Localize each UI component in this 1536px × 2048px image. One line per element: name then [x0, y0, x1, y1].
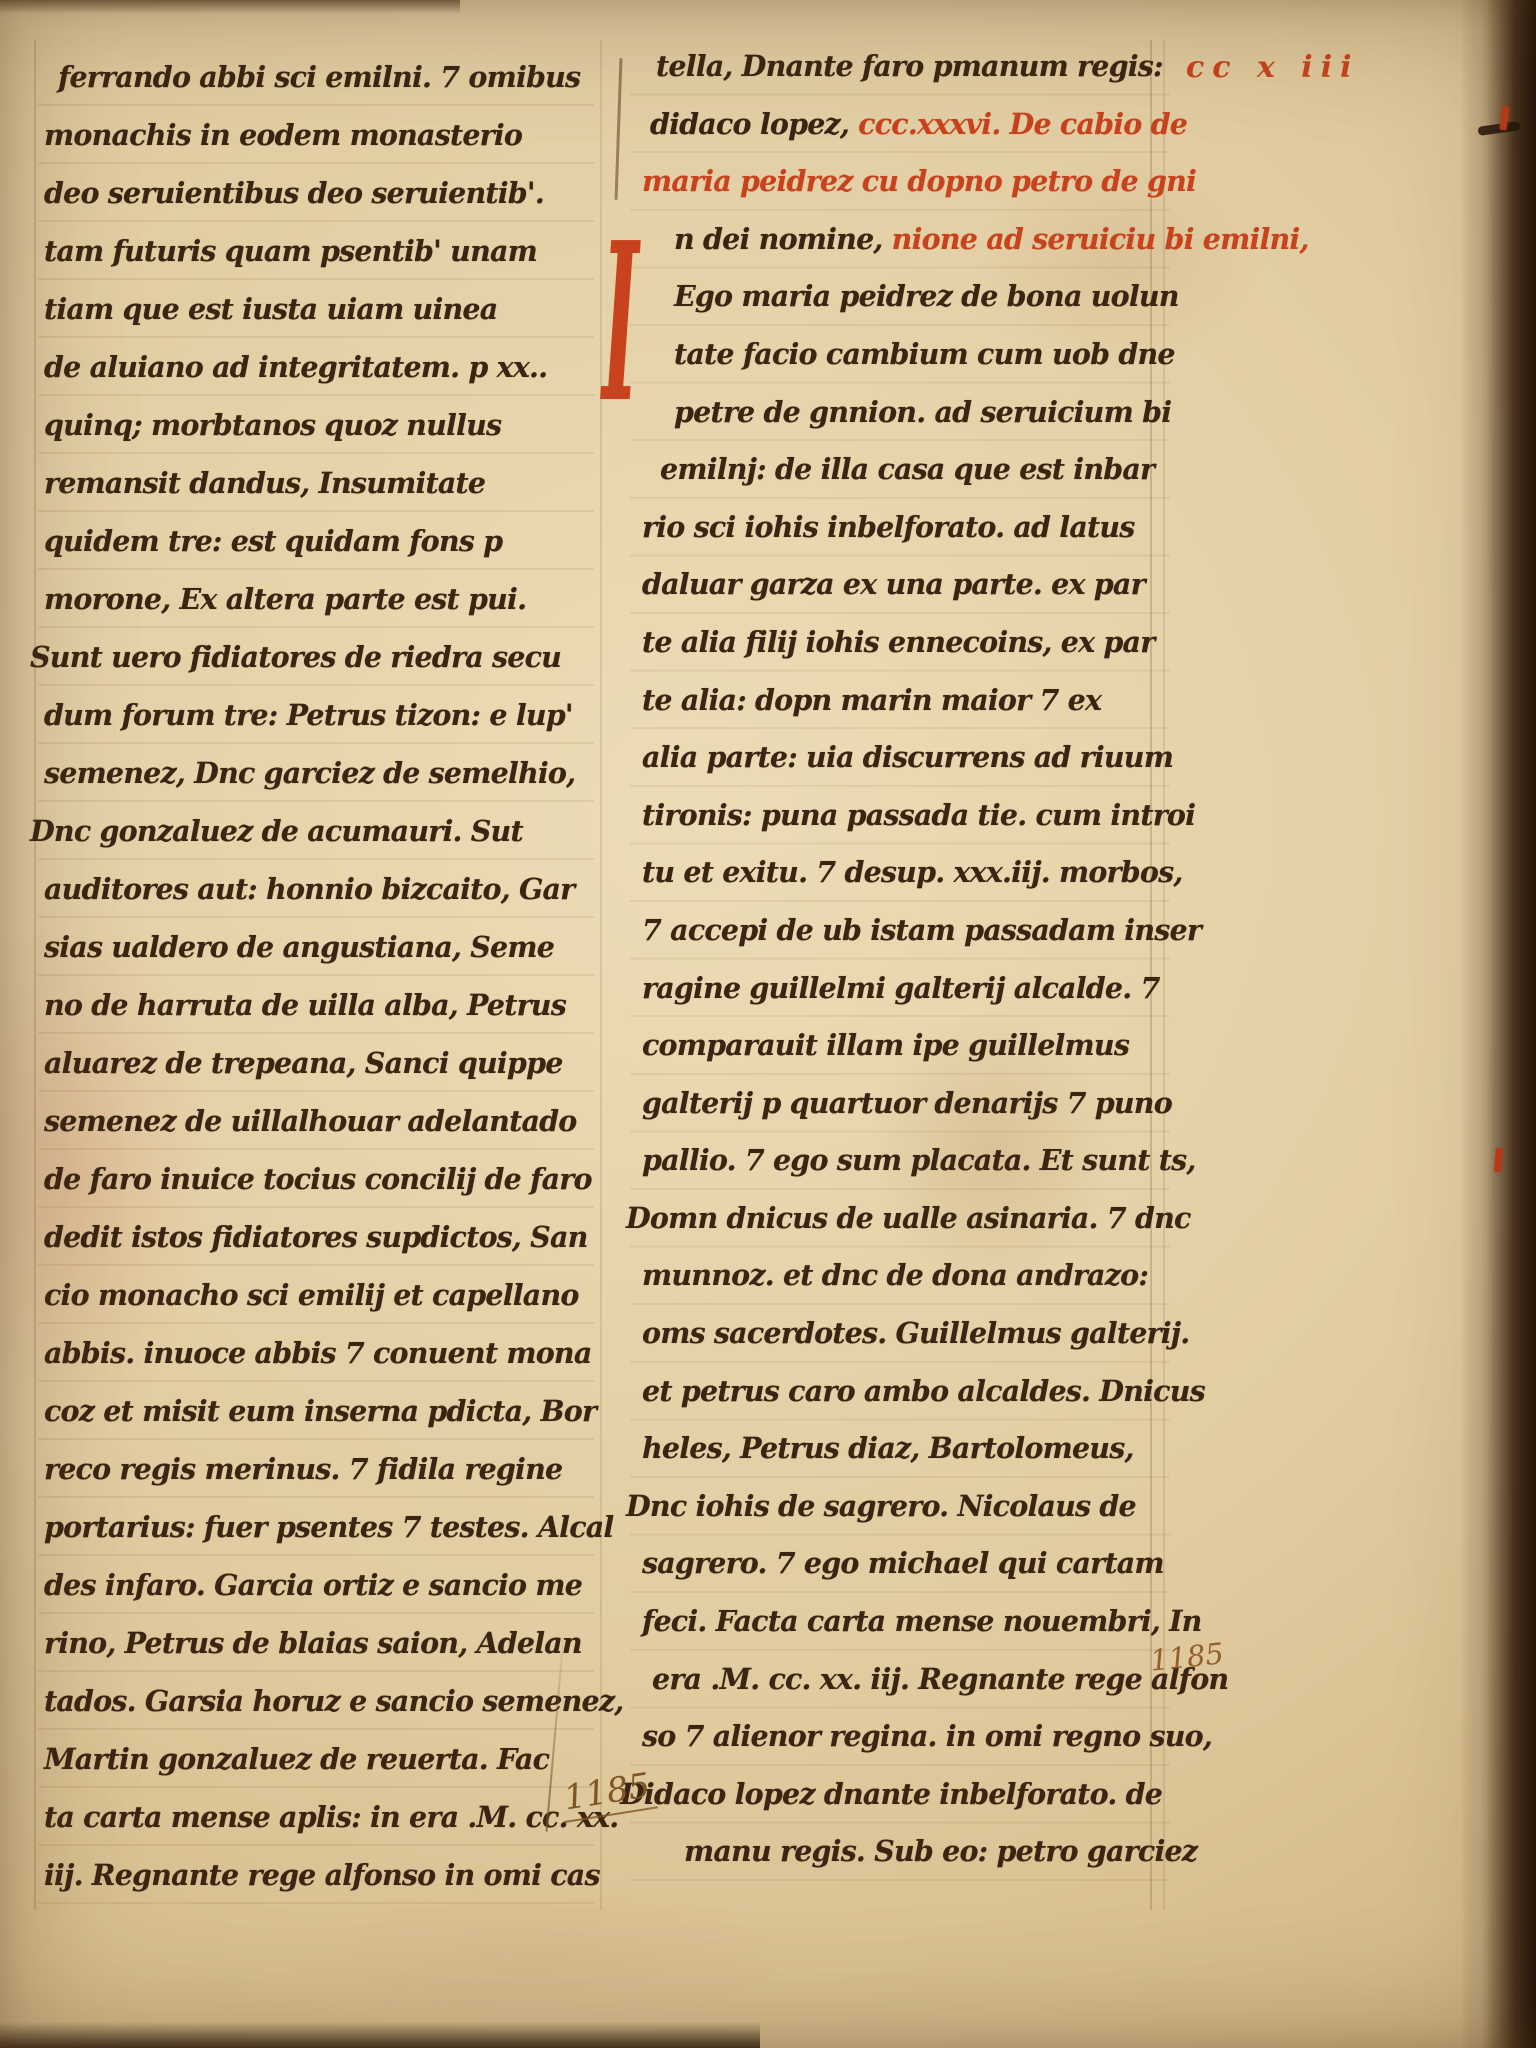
ink-text: tu et exitu. 7 desup. xxx.iij. morbos,: [642, 855, 1182, 889]
ink-text: quinq; morbtanos quoz nullus: [44, 408, 501, 442]
manuscript-line: manu regis. Sub eo: petro garciez: [684, 1823, 1182, 1881]
ink-text: te alia: dopn marin maior 7 ex: [642, 683, 1101, 717]
rubric-text: nione ad seruiciu bi emilni,: [892, 222, 1309, 256]
ink-text: Sunt uero fidiatores de riedra secu: [30, 640, 561, 674]
drop-cap-initial: I: [602, 214, 639, 432]
manuscript-line: Dnc gonzaluez de acumauri. Sut: [30, 802, 596, 860]
manuscript-line: semenez, Dnc garciez de semelhio,: [44, 744, 596, 802]
manuscript-line: coz et misit eum inserna pdicta, Bor: [44, 1382, 596, 1440]
manuscript-line: Dnc iohis de sagrero. Nicolaus de: [626, 1478, 1182, 1536]
edge-slit-mark: [1478, 121, 1521, 136]
manuscript-line: dedit istos fidiatores supdictos, San: [44, 1208, 596, 1266]
manuscript-line: Sunt uero fidiatores de riedra secu: [30, 628, 596, 686]
ink-text: quidem tre: est quidam fons p: [44, 524, 502, 558]
manuscript-line: de faro inuice tocius concilij de faro: [44, 1150, 596, 1208]
red-edge-tab-bottom: [1494, 1148, 1503, 1173]
page-edge-top: [0, 0, 460, 14]
ink-text: Didaco lopez dnante inbelforato. de: [620, 1777, 1162, 1811]
rubric-text: maria peidrez cu dopno petro de gni: [642, 164, 1196, 198]
ink-text: sias ualdero de angustiana, Seme: [44, 930, 554, 964]
ink-text: ragine guillelmi galterij alcalde. 7: [642, 971, 1159, 1005]
manuscript-line: pallio. 7 ego sum placata. Et sunt ts,: [642, 1132, 1182, 1190]
manuscript-line: sagrero. 7 ego michael qui cartam: [642, 1535, 1182, 1593]
manuscript-line: rino, Petrus de blaias saion, Adelan: [44, 1614, 596, 1672]
ink-text: aluarez de trepeana, Sanci quippe: [44, 1046, 563, 1080]
ink-text: 7 accepi de ub istam passadam inser: [642, 913, 1201, 947]
ink-text: Martin gonzaluez de reuerta. Fac: [44, 1742, 549, 1776]
ink-text: semenez de uillalhouar adelantado: [44, 1104, 576, 1138]
manuscript-line: alia parte: uia discurrens ad riuum: [642, 729, 1182, 787]
ink-text: galterij p quartuor denarijs 7 puno: [642, 1086, 1172, 1120]
manuscript-line: ferrando abbi sci emilni. 7 omibus: [58, 48, 596, 106]
ink-text: no de harruta de uilla alba, Petrus: [44, 988, 566, 1022]
manuscript-line: daluar garza ex una parte. ex par: [642, 556, 1182, 614]
ink-text: de aluiano ad integritatem. p xx..: [44, 350, 547, 384]
book-edge-right: [1460, 0, 1536, 2048]
ink-text: tate facio cambium cum uob dne: [674, 337, 1175, 371]
ink-text: Domn dnicus de ualle asinaria. 7 dnc: [626, 1201, 1191, 1235]
manuscript-line: te alia filij iohis ennecoins, ex par: [642, 614, 1182, 672]
manuscript-line: rio sci iohis inbelforato. ad latus: [642, 499, 1182, 557]
ink-text: portarius: fuer psentes 7 testes. Alcal: [44, 1510, 613, 1544]
ink-text: munnoz. et dnc de dona andrazo:: [642, 1258, 1148, 1292]
ink-text: emilnj: de illa casa que est inbar: [660, 452, 1154, 486]
manuscript-line: comparauit illam ipe guillelmus: [642, 1017, 1182, 1075]
ink-text: dedit istos fidiatores supdictos, San: [44, 1220, 588, 1254]
ink-text: so 7 alienor regina. in omi regno suo,: [642, 1719, 1212, 1753]
ink-text: manu regis. Sub eo: petro garciez: [684, 1834, 1197, 1868]
ink-text: feci. Facta carta mense nouembri, In: [642, 1604, 1202, 1638]
manuscript-line: era .M. cc. xx. iij. Regnante rege alfon: [652, 1651, 1182, 1709]
manuscript-line: deo seruientibus deo seruientib'.: [44, 164, 596, 222]
ink-text: Dnc gonzaluez de acumauri. Sut: [30, 814, 523, 848]
manuscript-line: et petrus caro ambo alcaldes. Dnicus: [642, 1363, 1182, 1421]
ink-text: daluar garza ex una parte. ex par: [642, 567, 1145, 601]
red-edge-tab-top: [1499, 106, 1509, 131]
manuscript-line: tate facio cambium cum uob dne: [674, 326, 1182, 384]
ink-text: sagrero. 7 ego michael qui cartam: [642, 1546, 1164, 1580]
manuscript-line: tados. Garsia horuz e sancio semenez,: [44, 1672, 596, 1730]
ink-text: oms sacerdotes. Guillelmus galterij.: [642, 1316, 1189, 1350]
manuscript-line: tironis: puna passada tie. cum introi: [642, 787, 1182, 845]
folio-number: cc x iii: [1186, 50, 1360, 85]
ink-text: auditores aut: honnio bizcaito, Gar: [44, 872, 574, 906]
ink-text: tella, Dnante faro pmanum regis:: [656, 49, 1163, 83]
ink-text: Ego maria peidrez de bona uolun: [674, 279, 1179, 313]
manuscript-line: 7 accepi de ub istam passadam inser: [642, 902, 1182, 960]
ink-text: rio sci iohis inbelforato. ad latus: [642, 510, 1135, 544]
manuscript-line: galterij p quartuor denarijs 7 puno: [642, 1075, 1182, 1133]
manuscript-line: tam futuris quam psentib' unam: [44, 222, 596, 280]
manuscript-line: remansit dandus, Insumitate: [44, 454, 596, 512]
manuscript-line: Domn dnicus de ualle asinaria. 7 dnc: [626, 1190, 1182, 1248]
ink-text: era .M. cc. xx. iij. Regnante rege alfon: [652, 1662, 1228, 1696]
manuscript-line: tu et exitu. 7 desup. xxx.iij. morbos,: [642, 844, 1182, 902]
ink-text: ferrando abbi sci emilni. 7 omibus: [58, 60, 580, 94]
manuscript-line: aluarez de trepeana, Sanci quippe: [44, 1034, 596, 1092]
ink-text: tironis: puna passada tie. cum introi: [642, 798, 1195, 832]
ink-text: comparauit illam ipe guillelmus: [642, 1028, 1129, 1062]
ink-text: coz et misit eum inserna pdicta, Bor: [44, 1394, 596, 1428]
margin-rule-left: [34, 40, 36, 1910]
manuscript-line: munnoz. et dnc de dona andrazo:: [642, 1247, 1182, 1305]
ink-text: pallio. 7 ego sum placata. Et sunt ts,: [642, 1143, 1195, 1177]
manuscript-line: quidem tre: est quidam fons p: [44, 512, 596, 570]
page-fore-edge: [1470, 0, 1492, 2048]
ink-text: morone, Ex altera parte est pui.: [44, 582, 526, 616]
manuscript-line: feci. Facta carta mense nouembri, In: [642, 1593, 1182, 1651]
manuscript-line: Martin gonzaluez de reuerta. Fac: [44, 1730, 596, 1788]
manuscript-line: ragine guillelmi galterij alcalde. 7: [642, 960, 1182, 1018]
manuscript-page: cc x iii ferrando abbi sci emilni. 7 omi…: [0, 0, 1536, 2048]
ink-text: cio monacho sci emilij et capellano: [44, 1278, 579, 1312]
manuscript-line: emilnj: de illa casa que est inbar: [660, 441, 1182, 499]
manuscript-line: heles, Petrus diaz, Bartolomeus,: [642, 1420, 1182, 1478]
ink-text: monachis in eodem monasterio: [44, 118, 522, 152]
ink-text: reco regis merinus. 7 fidila regine: [44, 1452, 562, 1486]
manuscript-line: so 7 alienor regina. in omi regno suo,: [642, 1708, 1182, 1766]
manuscript-line: quinq; morbtanos quoz nullus: [44, 396, 596, 454]
manuscript-line: oms sacerdotes. Guillelmus galterij.: [642, 1305, 1182, 1363]
manuscript-line: reco regis merinus. 7 fidila regine: [44, 1440, 596, 1498]
manuscript-line: monachis in eodem monasterio: [44, 106, 596, 164]
manuscript-line: abbis. inuoce abbis 7 conuent mona: [44, 1324, 596, 1382]
ink-text: te alia filij iohis ennecoins, ex par: [642, 625, 1154, 659]
manuscript-line: petre de gnnion. ad seruicium bi: [674, 384, 1182, 442]
ink-text: deo seruientibus deo seruientib'.: [44, 176, 544, 210]
manuscript-line: didaco lopez, ccc.xxxvi. De cabio de: [650, 96, 1182, 154]
manuscript-line: ta carta mense aplis: in era .M. cc. xx.: [44, 1788, 596, 1846]
manuscript-line: n dei nomine, nione ad seruiciu bi emiln…: [674, 211, 1182, 269]
ink-text: didaco lopez,: [650, 107, 858, 141]
manuscript-line: tella, Dnante faro pmanum regis:: [656, 38, 1182, 96]
ink-text: tiam que est iusta uiam uinea: [44, 292, 497, 326]
ink-text: rino, Petrus de blaias saion, Adelan: [44, 1626, 582, 1660]
manuscript-line: morone, Ex altera parte est pui.: [44, 570, 596, 628]
text-column-right: tella, Dnante faro pmanum regis:didaco l…: [642, 38, 1182, 1881]
manuscript-line: iij. Regnante rege alfonso in omi cas: [44, 1846, 596, 1904]
ink-text: tados. Garsia horuz e sancio semenez,: [44, 1684, 623, 1718]
ink-text: Dnc iohis de sagrero. Nicolaus de: [626, 1489, 1136, 1523]
ink-text: semenez, Dnc garciez de semelhio,: [44, 756, 575, 790]
manuscript-line: sias ualdero de angustiana, Seme: [44, 918, 596, 976]
manuscript-line: semenez de uillalhouar adelantado: [44, 1092, 596, 1150]
text-column-left: ferrando abbi sci emilni. 7 omibusmonach…: [44, 48, 596, 1904]
manuscript-line: dum forum tre: Petrus tizon: e lup': [44, 686, 596, 744]
manuscript-line: des infaro. Garcia ortiz e sancio me: [44, 1556, 596, 1614]
ink-text: ta carta mense aplis: in era .M. cc. xx.: [44, 1800, 618, 1834]
rubric-text: ccc.xxxvi. De cabio de: [858, 107, 1187, 141]
manuscript-line: maria peidrez cu dopno petro de gni: [642, 153, 1182, 211]
ink-text: et petrus caro ambo alcaldes. Dnicus: [642, 1374, 1205, 1408]
ink-text: n dei nomine,: [674, 222, 892, 256]
paragraph-stroke: [615, 58, 623, 200]
manuscript-line: cio monacho sci emilij et capellano: [44, 1266, 596, 1324]
ink-text: abbis. inuoce abbis 7 conuent mona: [44, 1336, 592, 1370]
ink-text: iij. Regnante rege alfonso in omi cas: [44, 1858, 600, 1892]
manuscript-line: Didaco lopez dnante inbelforato. de: [620, 1766, 1182, 1824]
manuscript-line: te alia: dopn marin maior 7 ex: [642, 672, 1182, 730]
ink-text: remansit dandus, Insumitate: [44, 466, 485, 500]
manuscript-line: Ego maria peidrez de bona uolun: [674, 268, 1182, 326]
manuscript-line: auditores aut: honnio bizcaito, Gar: [44, 860, 596, 918]
manuscript-line: no de harruta de uilla alba, Petrus: [44, 976, 596, 1034]
ink-text: heles, Petrus diaz, Bartolomeus,: [642, 1431, 1134, 1465]
ink-text: alia parte: uia discurrens ad riuum: [642, 740, 1173, 774]
page-edge-bottom: [0, 2022, 760, 2048]
manuscript-line: de aluiano ad integritatem. p xx..: [44, 338, 596, 396]
ink-text: des infaro. Garcia ortiz e sancio me: [44, 1568, 582, 1602]
ink-text: de faro inuice tocius concilij de faro: [44, 1162, 592, 1196]
ink-text: petre de gnnion. ad seruicium bi: [674, 395, 1171, 429]
ink-text: dum forum tre: Petrus tizon: e lup': [44, 698, 573, 732]
ink-text: tam futuris quam psentib' unam: [44, 234, 537, 268]
manuscript-line: portarius: fuer psentes 7 testes. Alcal: [44, 1498, 596, 1556]
manuscript-line: tiam que est iusta uiam uinea: [44, 280, 596, 338]
